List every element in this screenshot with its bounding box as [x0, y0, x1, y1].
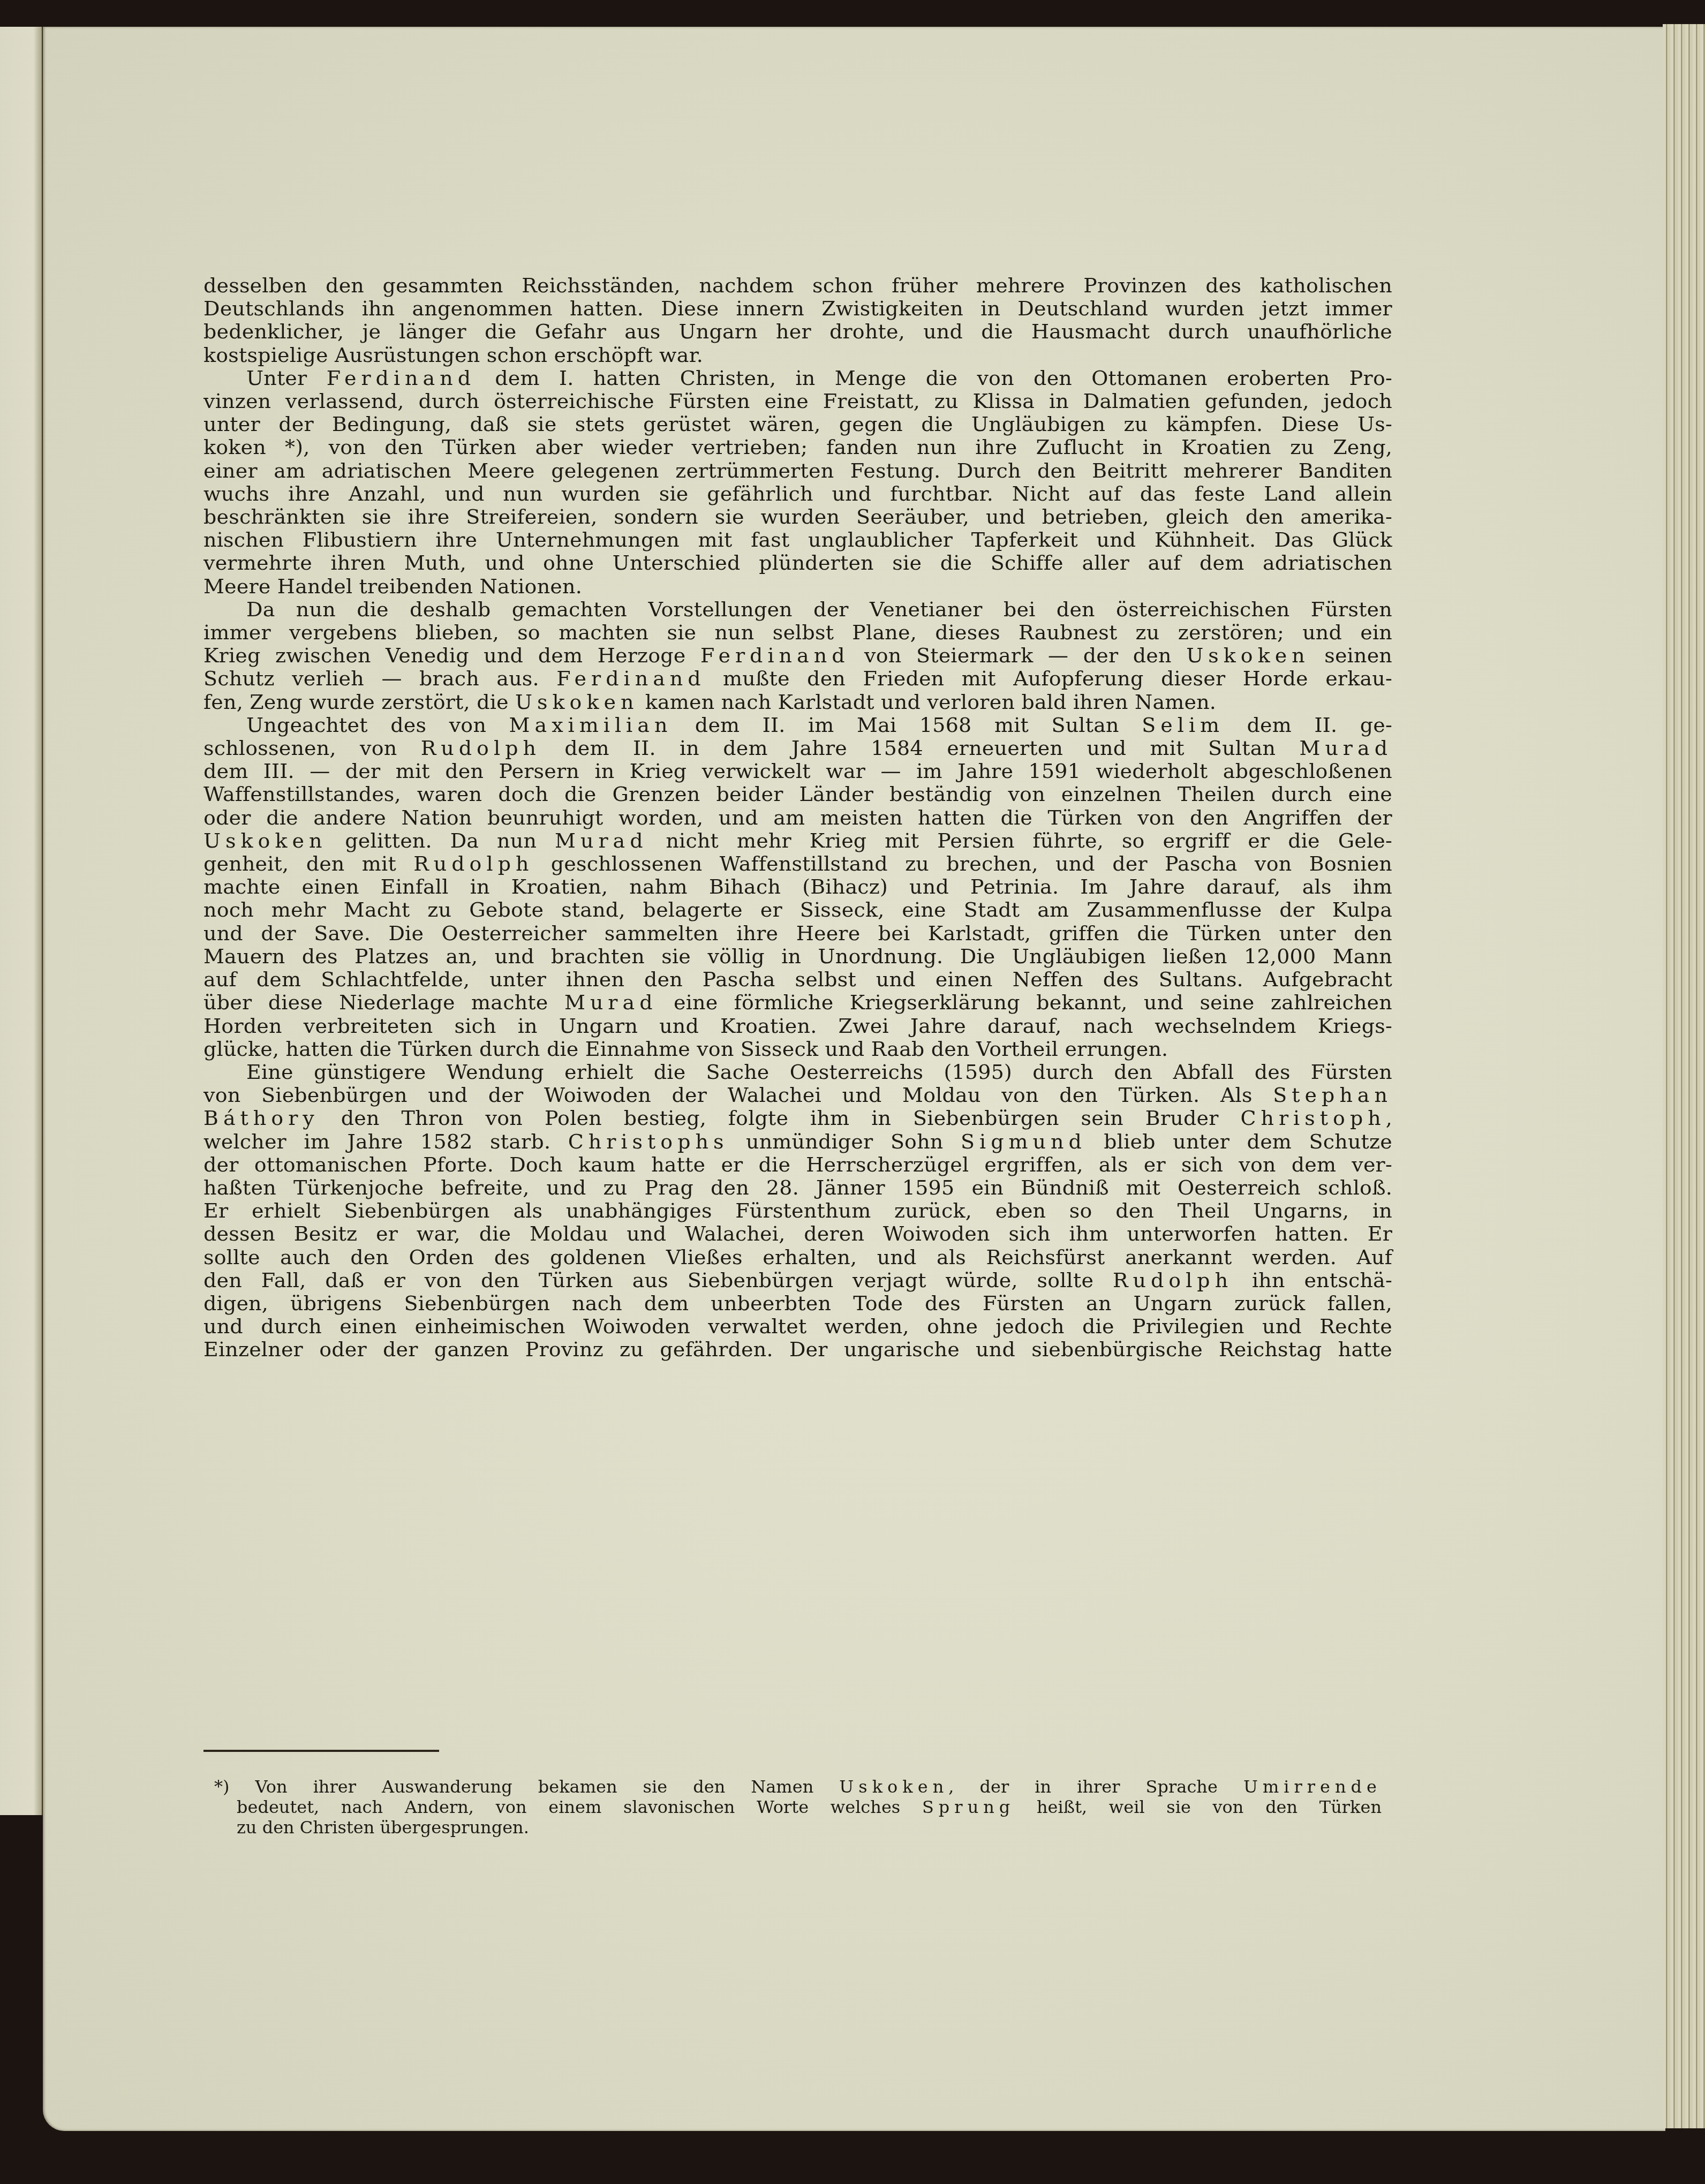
- spaced-name: Uskoken: [203, 829, 327, 852]
- text-line: haßten Türkenjoche befreite, und zu Prag…: [203, 1176, 1392, 1199]
- text-line: bedenklicher, je länger die Gefahr aus U…: [203, 320, 1392, 343]
- text-line: Báthory den Thron von Polen bestieg, fol…: [203, 1107, 1392, 1130]
- text-line: koken *), von den Türken aber wieder ver…: [203, 436, 1392, 459]
- line-text: und durch einen einheimischen Woiwoden v…: [203, 1314, 1392, 1338]
- line-text: wuchs ihre Anzahl, und nun wurden sie ge…: [203, 482, 1392, 505]
- line-text: von Siebenbürgen und der Woiwoden der Wa…: [203, 1083, 1392, 1107]
- line-text: haßten Türkenjoche befreite, und zu Prag…: [203, 1176, 1392, 1199]
- text-line: fen, Zeng wurde zerstört, die Uskoken ka…: [203, 691, 1392, 714]
- line-text: oder die andere Nation beunruhigt worden…: [203, 806, 1392, 829]
- text-line: der ottomanischen Pforte. Doch kaum hatt…: [203, 1153, 1392, 1176]
- spaced-name: Ferdinand: [556, 667, 705, 690]
- footnote-line: zu den Christen übergesprungen.: [214, 1817, 1382, 1838]
- spaced-name: Rudolph: [1113, 1268, 1233, 1292]
- spaced-name: Stephan: [1273, 1083, 1392, 1107]
- spaced-name: Murad: [555, 829, 648, 852]
- line-text: genheit, den mit Rudolph geschlossenen W…: [203, 852, 1392, 875]
- line-text: sollte auch den Orden des goldenen Vließ…: [203, 1245, 1392, 1269]
- spaced-name: Ferdinand: [327, 366, 476, 390]
- text-line: auf dem Schlachtfelde, unter ihnen den P…: [203, 968, 1392, 991]
- text-line: den Fall, daß er von den Türken aus Sieb…: [203, 1269, 1392, 1292]
- text-line: Einzelner oder der ganzen Provinz zu gef…: [203, 1338, 1392, 1361]
- line-text: Mauern des Platzes an, und brachten sie …: [203, 944, 1392, 968]
- line-text: Báthory den Thron von Polen bestieg, fol…: [203, 1106, 1392, 1130]
- text-line: glücke, hatten die Türken durch die Einn…: [203, 1038, 1392, 1061]
- text-line: wuchs ihre Anzahl, und nun wurden sie ge…: [203, 482, 1392, 505]
- line-text: welcher im Jahre 1582 starb. Christophs …: [203, 1130, 1392, 1153]
- footnote: *) Von ihrer Auswanderung bekamen sie de…: [214, 1777, 1382, 1838]
- text-line: Uskoken gelitten. Da nun Murad nicht meh…: [203, 829, 1392, 852]
- line-text: Eine günstigere Wendung erhielt die Sach…: [246, 1060, 1392, 1084]
- text-line: genheit, den mit Rudolph geschlossenen W…: [203, 852, 1392, 875]
- text-line: vinzen verlassend, durch österreichische…: [203, 390, 1392, 413]
- line-text: einer am adriatischen Meere gelegenen ze…: [203, 459, 1392, 482]
- text-line: einer am adriatischen Meere gelegenen ze…: [203, 459, 1392, 482]
- line-text: fen, Zeng wurde zerstört, die Uskoken ka…: [203, 690, 1216, 714]
- text-line: vermehrte ihren Muth, und ohne Unterschi…: [203, 551, 1392, 575]
- line-text: dessen Besitz er war, die Moldau und Wal…: [203, 1222, 1392, 1245]
- line-text: machte einen Einfall in Kroatien, nahm B…: [203, 875, 1392, 898]
- spaced-name: Murad: [564, 991, 658, 1014]
- text-line: und der Save. Die Oesterreicher sammelte…: [203, 922, 1392, 945]
- line-text: Schutz verlieh — brach aus. Ferdinand mu…: [203, 667, 1392, 690]
- line-text: bedenklicher, je länger die Gefahr aus U…: [203, 320, 1392, 343]
- line-text: digen, übrigens Siebenbürgen nach dem un…: [203, 1291, 1392, 1315]
- line-text: glücke, hatten die Türken durch die Einn…: [203, 1037, 1168, 1061]
- line-text: immer vergebens blieben, so machten sie …: [203, 621, 1392, 644]
- spaced-name: Christophs: [568, 1130, 729, 1153]
- text-line: oder die andere Nation beunruhigt worden…: [203, 806, 1392, 829]
- spaced-name: Sprung: [922, 1797, 1015, 1817]
- page-stack-edges: [1663, 24, 1705, 2128]
- text-line: sollte auch den Orden des goldenen Vließ…: [203, 1246, 1392, 1269]
- spaced-name: Umirrende: [1243, 1777, 1382, 1797]
- line-text: Meere Handel treibenden Nationen.: [203, 575, 582, 598]
- text-line: von Siebenbürgen und der Woiwoden der Wa…: [203, 1084, 1392, 1107]
- text-line: Deutschlands ihn angenommen hatten. Dies…: [203, 297, 1392, 320]
- line-text: und der Save. Die Oesterreicher sammelte…: [203, 921, 1392, 945]
- spaced-name: Uskoken: [515, 690, 638, 714]
- text-line: unter der Bedingung, daß sie stets gerüs…: [203, 413, 1392, 436]
- spaced-name: Uskoken: [839, 1777, 948, 1797]
- line-text: über diese Niederlage machte Murad eine …: [203, 991, 1392, 1014]
- line-text: Er erhielt Siebenbürgen als unabhängiges…: [203, 1199, 1392, 1222]
- text-line: Meere Handel treibenden Nationen.: [203, 575, 1392, 598]
- text-line: kostspielige Ausrüstungen schon erschöpf…: [203, 344, 1392, 367]
- text-line: welcher im Jahre 1582 starb. Christophs …: [203, 1130, 1392, 1153]
- spaced-name: Murad: [1299, 736, 1392, 760]
- text-line: nischen Flibustiern ihre Unternehmungen …: [203, 528, 1392, 551]
- text-line: schlossenen, von Rudolph dem II. in dem …: [203, 737, 1392, 760]
- body-text: desselben den gesammten Reichsständen, n…: [203, 274, 1392, 1362]
- line-text: auf dem Schlachtfelde, unter ihnen den P…: [203, 968, 1392, 991]
- text-line: Krieg zwischen Venedig und dem Herzoge F…: [203, 644, 1392, 667]
- line-text: den Fall, daß er von den Türken aus Sieb…: [203, 1268, 1392, 1292]
- line-text: vinzen verlassend, durch österreichische…: [203, 389, 1392, 413]
- text-line: Eine günstigere Wendung erhielt die Sach…: [203, 1061, 1392, 1084]
- line-text: vermehrte ihren Muth, und ohne Unterschi…: [203, 551, 1392, 575]
- spaced-name: Selim: [1142, 713, 1224, 737]
- spaced-name: Sigmund: [961, 1130, 1087, 1153]
- spaced-name: Rudolph: [413, 852, 533, 875]
- line-text: Krieg zwischen Venedig und dem Herzoge F…: [203, 644, 1392, 667]
- text-line: über diese Niederlage machte Murad eine …: [203, 991, 1392, 1014]
- line-text: Waffenstillstandes, waren doch die Grenz…: [203, 782, 1392, 806]
- spaced-name: Christoph: [1240, 1106, 1385, 1130]
- text-line: dessen Besitz er war, die Moldau und Wal…: [203, 1222, 1392, 1245]
- line-text: desselben den gesammten Reichsständen, n…: [203, 274, 1392, 297]
- line-text: noch mehr Macht zu Gebote stand, belager…: [203, 898, 1392, 921]
- text-line: Ungeachtet des von Maximilian dem II. im…: [203, 714, 1392, 737]
- text-line: und durch einen einheimischen Woiwoden v…: [203, 1315, 1392, 1338]
- text-line: desselben den gesammten Reichsständen, n…: [203, 274, 1392, 297]
- line-text: kostspielige Ausrüstungen schon erschöpf…: [203, 343, 703, 367]
- text-line: Er erhielt Siebenbürgen als unabhängiges…: [203, 1199, 1392, 1222]
- footnote-line: *) Von ihrer Auswanderung bekamen sie de…: [214, 1777, 1382, 1797]
- line-text: Deutschlands ihn angenommen hatten. Dies…: [203, 297, 1392, 320]
- line-text: Ungeachtet des von Maximilian dem II. im…: [246, 713, 1392, 737]
- line-text: beschränkten sie ihre Streifereien, sond…: [203, 505, 1392, 528]
- spaced-name: Rudolph: [421, 736, 541, 760]
- spaced-name: Báthory: [203, 1106, 319, 1130]
- text-line: digen, übrigens Siebenbürgen nach dem un…: [203, 1292, 1392, 1315]
- line-text: schlossenen, von Rudolph dem II. in dem …: [203, 736, 1392, 760]
- text-line: Da nun die deshalb gemachten Vorstellung…: [203, 598, 1392, 621]
- text-line: beschränkten sie ihre Streifereien, sond…: [203, 505, 1392, 528]
- footnote-line: bedeutet, nach Andern, von einem slavoni…: [214, 1797, 1382, 1817]
- spaced-name: Uskoken: [1186, 644, 1309, 667]
- line-text: unter der Bedingung, daß sie stets gerüs…: [203, 412, 1392, 436]
- text-line: machte einen Einfall in Kroatien, nahm B…: [203, 875, 1392, 898]
- line-text: der ottomanischen Pforte. Doch kaum hatt…: [203, 1153, 1392, 1176]
- text-line: immer vergebens blieben, so machten sie …: [203, 621, 1392, 644]
- line-text: Uskoken gelitten. Da nun Murad nicht meh…: [203, 829, 1392, 852]
- line-text: Da nun die deshalb gemachten Vorstellung…: [246, 598, 1392, 621]
- left-page-edge: [0, 27, 43, 1815]
- line-text: Horden verbreiteten sich in Ungarn und K…: [203, 1014, 1392, 1038]
- spaced-name: Ferdinand: [700, 644, 849, 667]
- line-text: Einzelner oder der ganzen Provinz zu gef…: [203, 1337, 1392, 1361]
- line-text: koken *), von den Türken aber wieder ver…: [203, 435, 1392, 459]
- line-text: nischen Flibustiern ihre Unternehmungen …: [203, 528, 1392, 551]
- text-line: Schutz verlieh — brach aus. Ferdinand mu…: [203, 667, 1392, 690]
- text-line: Horden verbreiteten sich in Ungarn und K…: [203, 1015, 1392, 1038]
- text-line: Waffenstillstandes, waren doch die Grenz…: [203, 783, 1392, 806]
- text-line: Unter Ferdinand dem I. hatten Christen, …: [203, 367, 1392, 390]
- line-text: Unter Ferdinand dem I. hatten Christen, …: [246, 366, 1392, 390]
- text-line: dem III. — der mit den Persern in Krieg …: [203, 760, 1392, 783]
- text-line: Mauern des Platzes an, und brachten sie …: [203, 945, 1392, 968]
- footnote-separator: [203, 1750, 439, 1752]
- line-text: dem III. — der mit den Persern in Krieg …: [203, 759, 1392, 783]
- spaced-name: Maximilian: [509, 713, 673, 737]
- text-line: noch mehr Macht zu Gebote stand, belager…: [203, 898, 1392, 921]
